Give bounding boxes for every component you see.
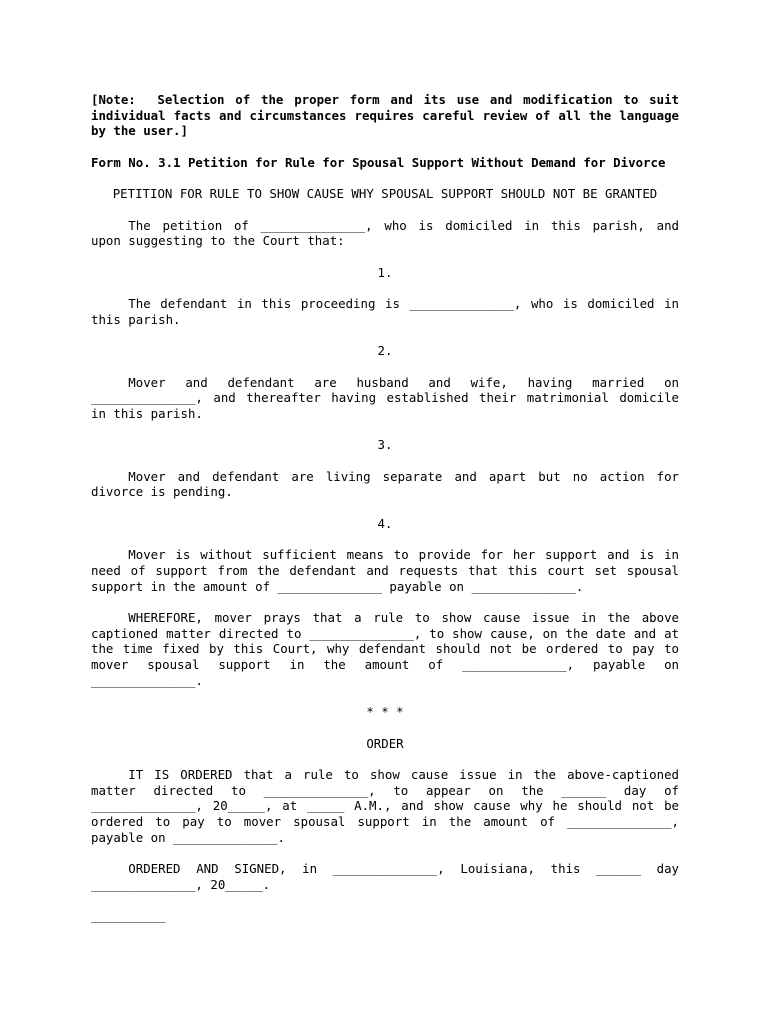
- text-line: individual facts and circumstances requi…: [91, 108, 679, 124]
- text-line: ORDERED AND SIGNED, in ______________, L…: [91, 861, 679, 877]
- section-separator: * * *: [91, 704, 679, 720]
- text-line: mover spousal support in the amount of _…: [91, 657, 679, 673]
- order-signed-paragraph: ORDERED AND SIGNED, in ______________, L…: [91, 861, 679, 892]
- allegation-paragraph-2: Mover and defendant are husband and wife…: [91, 375, 679, 422]
- text-line: the time fixed by this Court, why defend…: [91, 641, 679, 657]
- judge-signature-line: __________: [91, 908, 679, 924]
- text-line: ______________, 20_____, at _____ A.M., …: [91, 798, 679, 814]
- text-line: in this parish.: [91, 406, 679, 422]
- text-line: this parish.: [91, 312, 679, 328]
- note-paragraph: [Note: Selection of the proper form and …: [91, 92, 679, 139]
- text-line: The defendant in this proceeding is ____…: [91, 296, 679, 312]
- text-line: captioned matter directed to ___________…: [91, 626, 679, 642]
- order-heading: ORDER: [91, 736, 679, 752]
- allegation-number-text: 2.: [91, 343, 679, 359]
- allegation-number-text: 4.: [91, 516, 679, 532]
- allegation-number-text: 1.: [91, 265, 679, 281]
- text-line: divorce is pending.: [91, 484, 679, 500]
- prayer-paragraph: WHEREFORE, mover prays that a rule to sh…: [91, 610, 679, 689]
- separator-stars: * * *: [91, 704, 679, 720]
- text-line: ______________, and thereafter having es…: [91, 390, 679, 406]
- order-heading-text: ORDER: [91, 736, 679, 752]
- text-line: WHEREFORE, mover prays that a rule to sh…: [91, 610, 679, 626]
- allegation-number-1: 1.: [91, 265, 679, 281]
- text-line: IT IS ORDERED that a rule to show cause …: [91, 767, 679, 783]
- petition-title: PETITION FOR RULE TO SHOW CAUSE WHY SPOU…: [91, 186, 679, 202]
- allegation-number-text: 3.: [91, 437, 679, 453]
- text-line: The petition of ______________, who is d…: [91, 218, 679, 234]
- text-line: need of support from the defendant and r…: [91, 563, 679, 579]
- order-ruling-paragraph: IT IS ORDERED that a rule to show cause …: [91, 767, 679, 846]
- allegation-number-2: 2.: [91, 343, 679, 359]
- text-line: matter directed to ______________, to ap…: [91, 783, 679, 799]
- petition-title-text: PETITION FOR RULE TO SHOW CAUSE WHY SPOU…: [91, 186, 679, 202]
- opening-paragraph: The petition of ______________, who is d…: [91, 218, 679, 249]
- text-line: [Note: Selection of the proper form and …: [91, 92, 679, 108]
- text-line: payable on ______________.: [91, 830, 679, 846]
- allegation-number-4: 4.: [91, 516, 679, 532]
- document-page: [Note: Selection of the proper form and …: [0, 0, 770, 1024]
- text-line: ordered to pay to mover spousal support …: [91, 814, 679, 830]
- allegation-paragraph-4: Mover is without sufficient means to pro…: [91, 547, 679, 594]
- text-line: support in the amount of ______________ …: [91, 579, 679, 595]
- text-line: Mover and defendant are husband and wife…: [91, 375, 679, 391]
- allegation-paragraph-1: The defendant in this proceeding is ____…: [91, 296, 679, 327]
- text-line: by the user.]: [91, 123, 679, 139]
- form-number-title: Form No. 3.1 Petition for Rule for Spous…: [91, 155, 679, 171]
- signature-block: __________: [91, 908, 679, 924]
- text-line: Mover is without sufficient means to pro…: [91, 547, 679, 563]
- form-number-title-text: Form No. 3.1 Petition for Rule for Spous…: [91, 155, 679, 171]
- allegation-number-3: 3.: [91, 437, 679, 453]
- text-line: upon suggesting to the Court that:: [91, 233, 679, 249]
- text-line: ______________, 20_____.: [91, 877, 679, 893]
- text-line: ______________.: [91, 673, 679, 689]
- allegation-paragraph-3: Mover and defendant are living separate …: [91, 469, 679, 500]
- text-line: Mover and defendant are living separate …: [91, 469, 679, 485]
